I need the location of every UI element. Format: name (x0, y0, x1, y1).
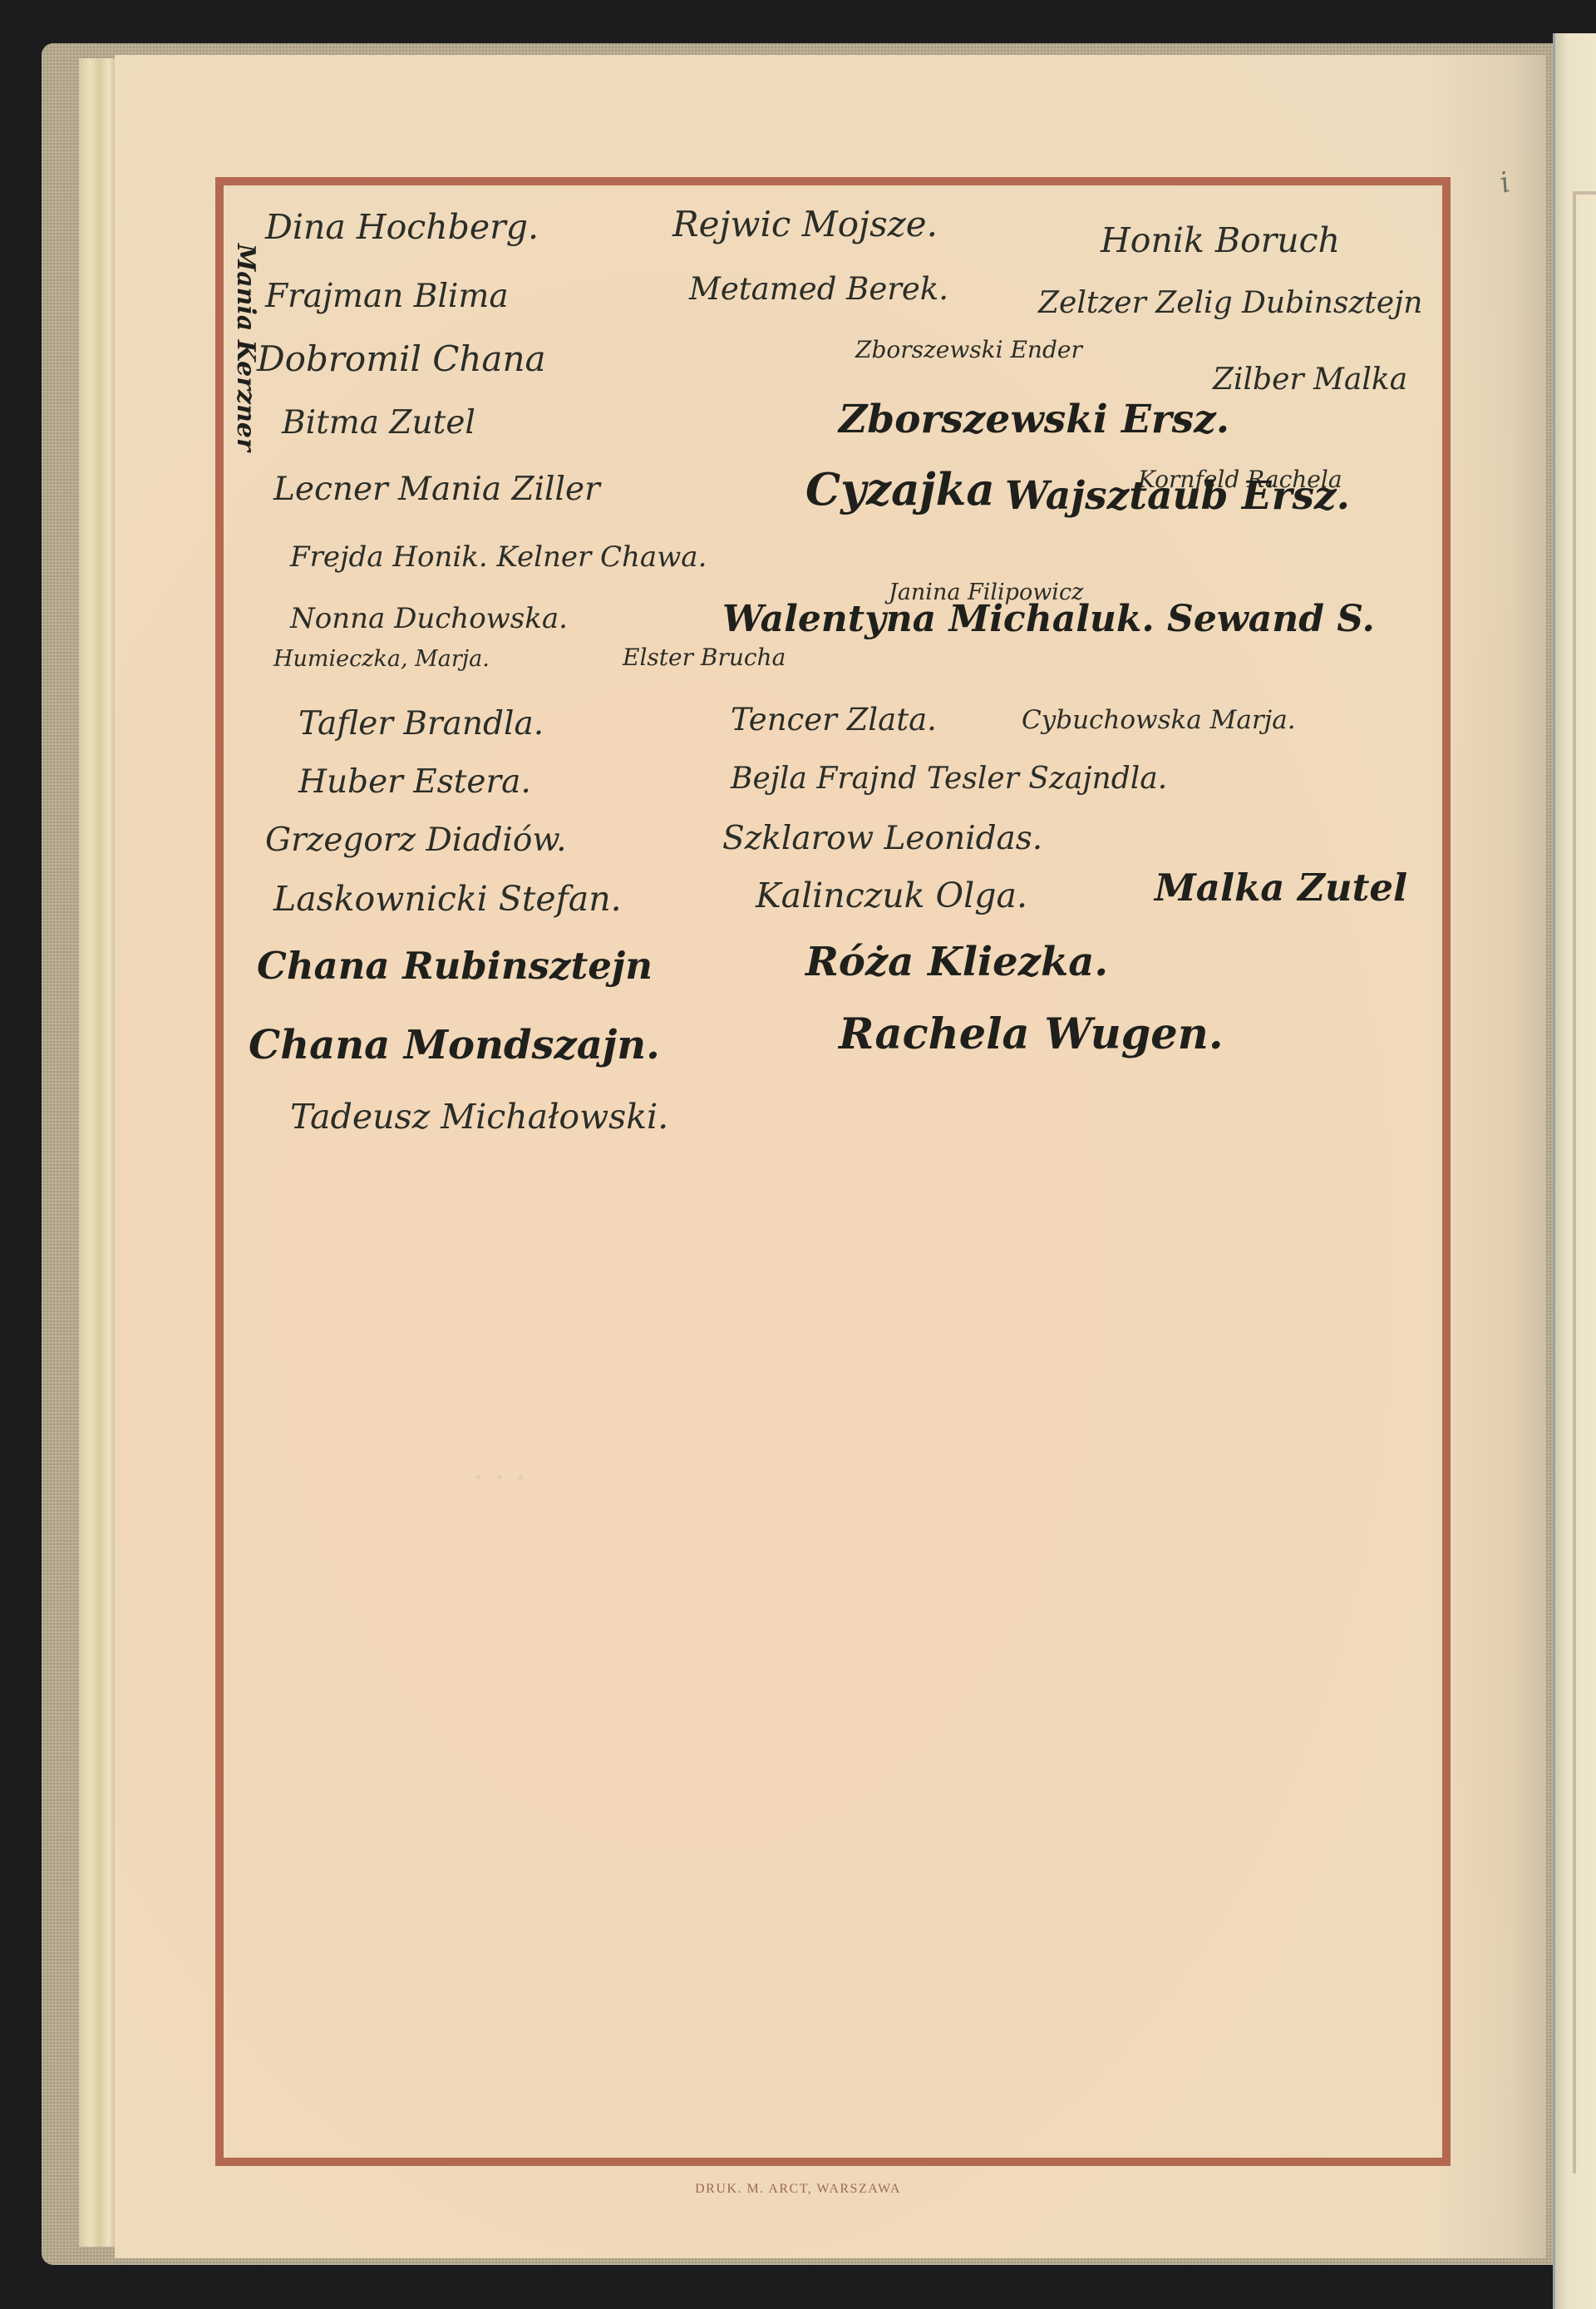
signature: Laskownicki Stefan. (273, 882, 622, 916)
signature: Zborszewski Ersz. (839, 400, 1229, 439)
signature: Rachela Wugen. (839, 1014, 1224, 1056)
signature: Chana Rubinsztejn (257, 947, 653, 984)
signature: Nonna Duchowska. (290, 604, 568, 633)
signature: Grzegorz Diadiów. (265, 824, 567, 856)
signature: Dobromil Chana (257, 342, 546, 377)
signature: Dina Hochberg. (265, 210, 539, 244)
signature: Rejwic Mojsze. (672, 207, 938, 242)
signature: Humieczka, Marja. (273, 648, 490, 670)
signature: Honik Boruch (1101, 224, 1340, 258)
signature: Róża Kliezka. (805, 942, 1108, 982)
signature: Tafler Brandla. (298, 708, 544, 740)
signature: Wajsztaub Ersz. (1005, 476, 1350, 516)
signature: Lecner Mania Ziller (273, 473, 600, 506)
signature: Tadeusz Michałowski. (290, 1100, 668, 1134)
signature: Frejda Honik. Kelner Chawa. (290, 543, 707, 571)
signature: Elster Brucha (623, 646, 786, 669)
signature: Frajman Blima (265, 280, 509, 313)
signature: Zeltzer Zelig Dubinsztejn (1038, 289, 1422, 318)
signature: Walentyna Michaluk. Sewand S. (722, 601, 1375, 638)
signature: Cyzajka (805, 468, 995, 512)
signature: Metamed Berek. (689, 274, 948, 304)
signature: Bitma Zutel (282, 407, 475, 439)
margin-signature: Mania Kerzner (231, 244, 260, 451)
signature: Cybuchowska Marja. (1022, 708, 1296, 733)
signature-area: . . . Mania Kerzner Dina Hochberg.Rejwic… (224, 185, 1442, 2158)
page-edges (79, 58, 116, 2247)
signature: Bejla Frajnd Tesler Szajndla. (731, 764, 1167, 794)
signature: Chana Mondszajn. (249, 1025, 660, 1065)
signature: Kalinczuk Olga. (756, 879, 1027, 913)
signature: Tencer Zlata. (731, 704, 937, 735)
printer-imprint: DRUK. M. ARCT, WARSZAWA (0, 2182, 1596, 2197)
signature: Malka Zutel (1155, 869, 1407, 906)
signature: Szklarow Leonidas. (722, 822, 1042, 855)
signature: Zilber Malka (1213, 365, 1407, 395)
signature: Zborszewski Ender (855, 338, 1082, 362)
bleed-through-text: . . . (473, 1449, 526, 1488)
signature: Huber Estera. (298, 766, 531, 798)
signature-frame: . . . Mania Kerzner Dina Hochberg.Rejwic… (215, 177, 1451, 2166)
adjacent-page-frame (1573, 191, 1596, 2173)
